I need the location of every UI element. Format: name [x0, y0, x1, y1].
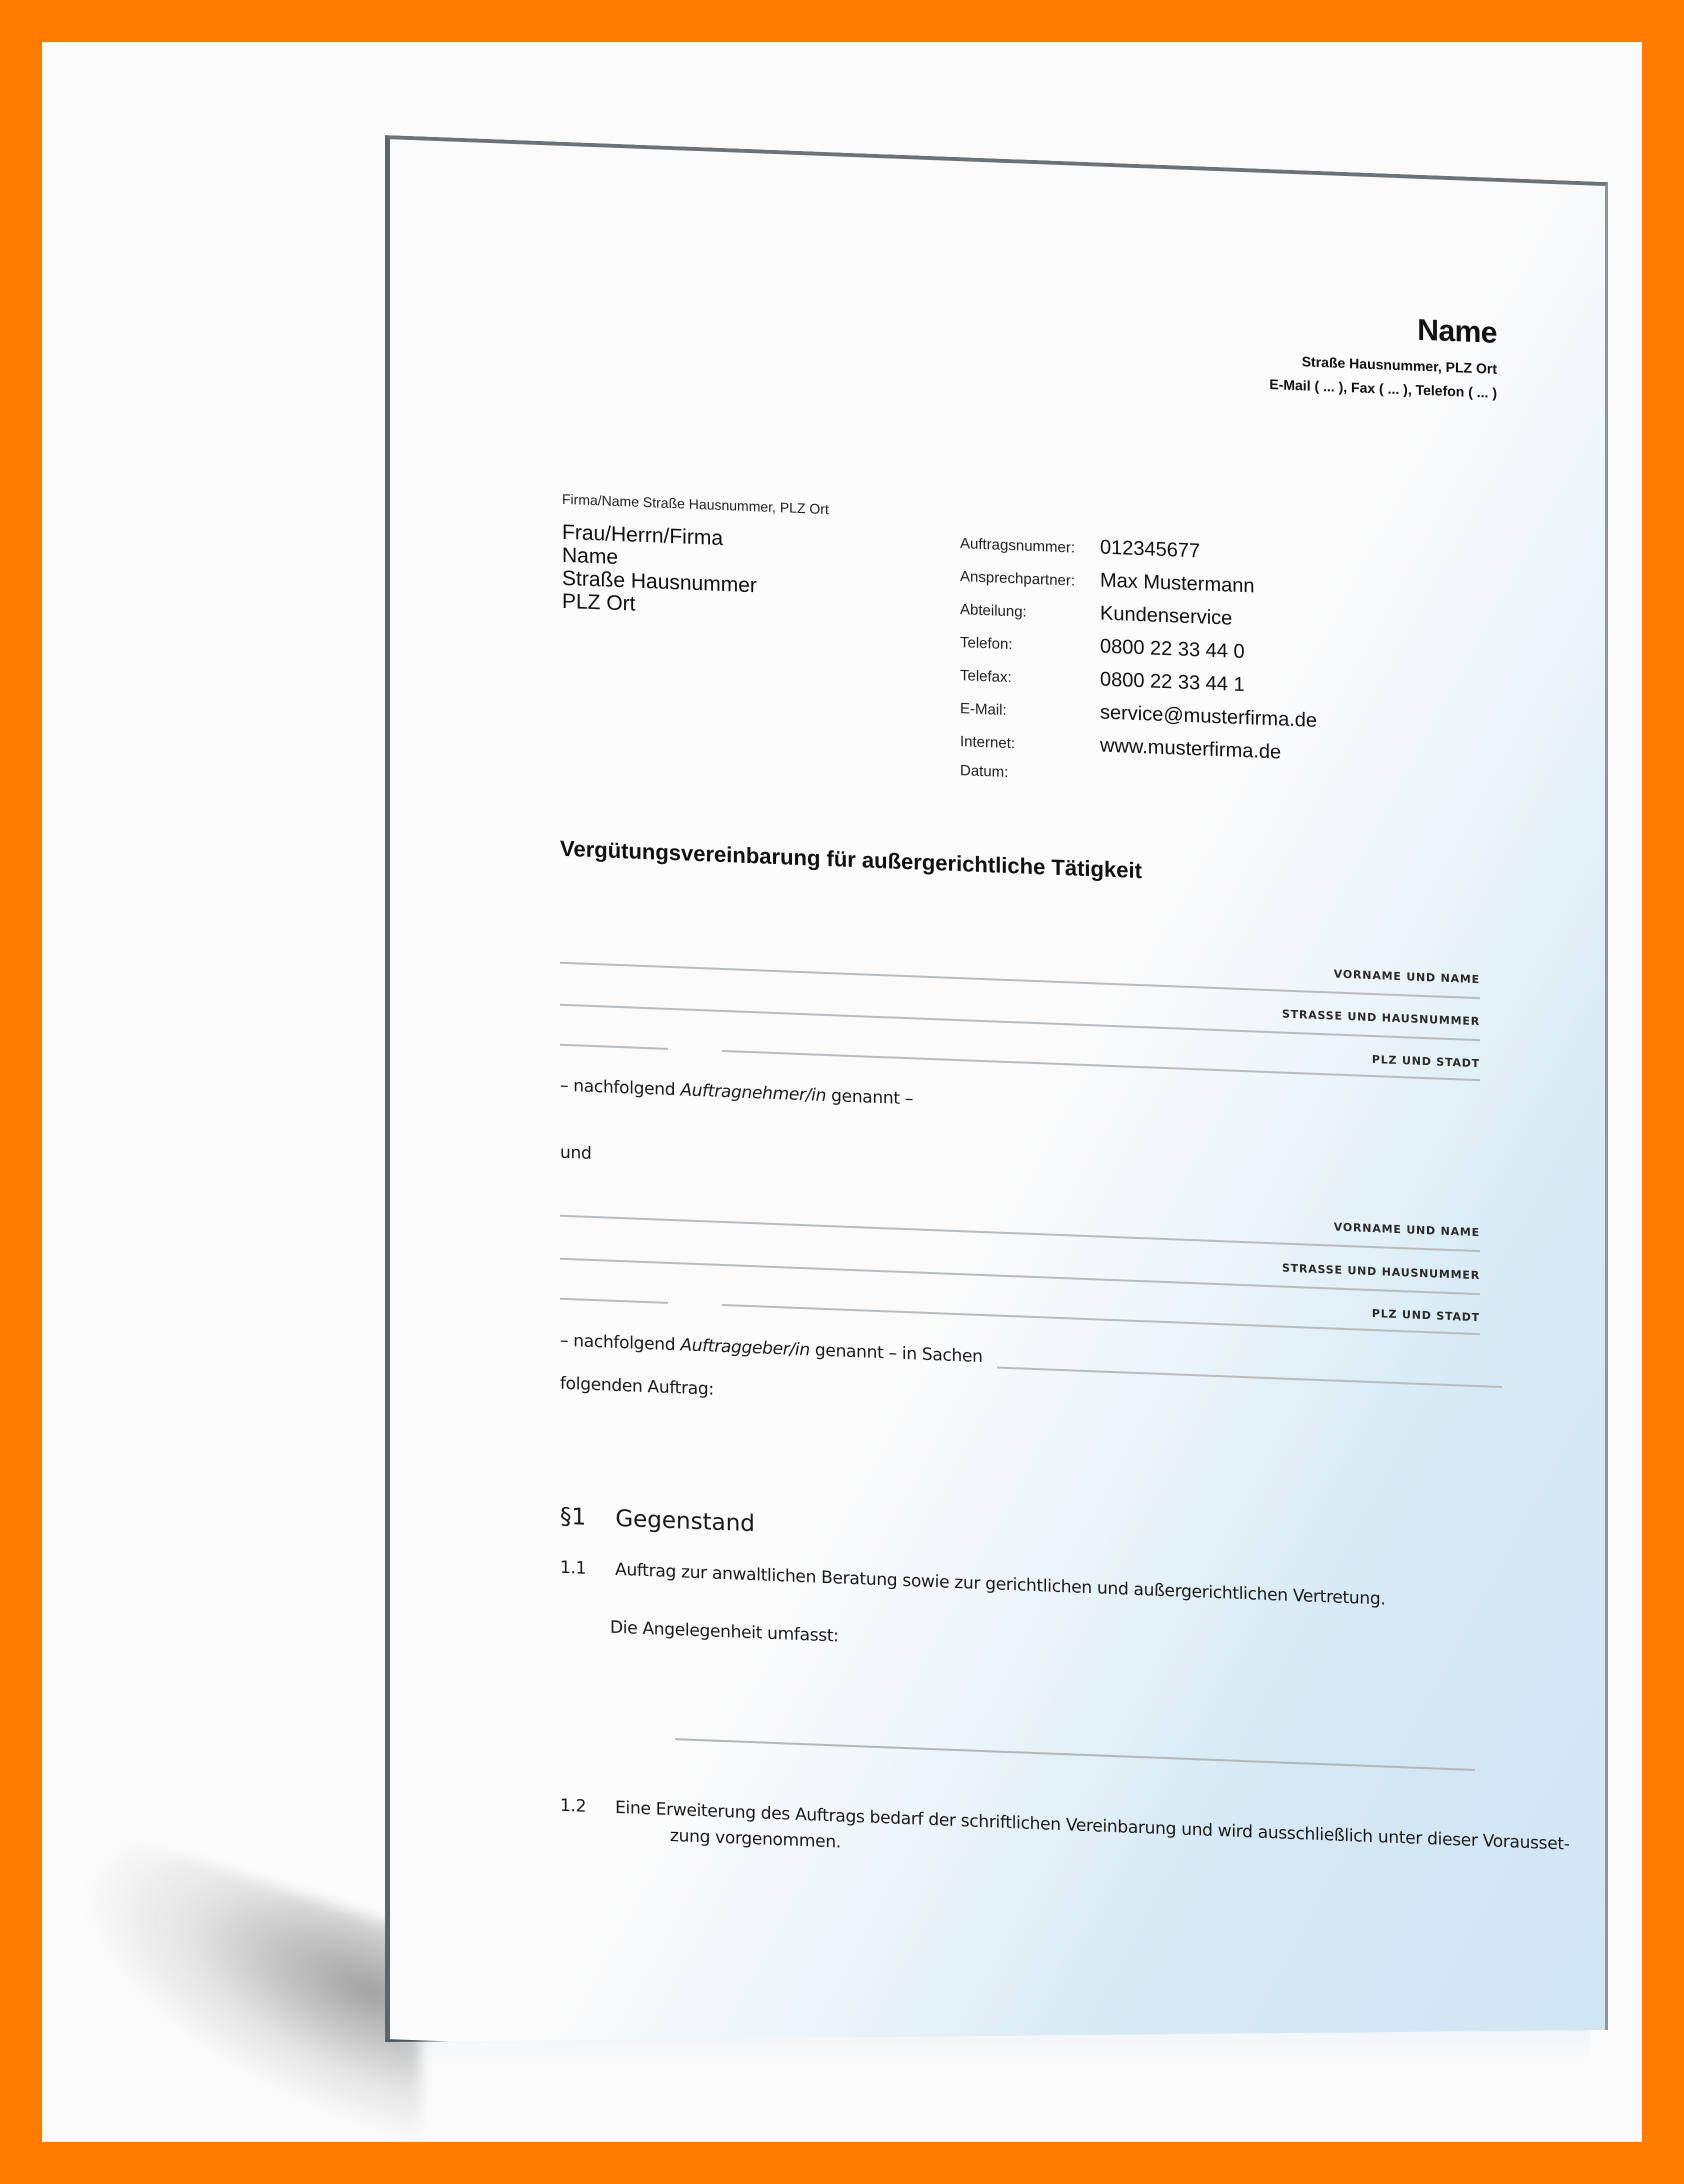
info-label: Ansprechpartner: [960, 568, 1100, 590]
info-label: Telefon: [960, 634, 1100, 656]
info-label: Telefax: [960, 667, 1100, 689]
field-label: VORNAME UND NAME [1334, 1221, 1480, 1240]
recipient-block: Frau/Herrn/Firma Name Straße Hausnummer … [562, 521, 757, 621]
zip-line[interactable] [560, 1044, 668, 1050]
field-label: STRASSE UND HAUSNUMMER [1282, 1008, 1480, 1029]
section-title: Gegenstand [615, 1506, 755, 1537]
sender-name: Name [1269, 308, 1497, 351]
document-title: Vergütungsvereinbarung für außergerichtl… [560, 836, 1142, 884]
clause-1-2: 1.2 Eine Erweiterung des Auftrags bedarf… [560, 1796, 1570, 1881]
info-label: Internet: [960, 733, 1100, 755]
info-value: 0800 22 33 44 0 [1100, 636, 1245, 665]
clause-1-1: 1.1 Auftrag zur anwaltlichen Beratung so… [560, 1558, 1385, 1610]
party1-role: – nachfolgend Auftragnehmer/in genannt – [560, 1076, 913, 1110]
clause-text: Auftrag zur anwaltlichen Beratung sowie … [615, 1560, 1385, 1610]
city-line[interactable] [722, 1304, 1480, 1335]
field-label: STRASSE UND HAUSNUMMER [1282, 1262, 1480, 1283]
city-line[interactable] [722, 1050, 1480, 1081]
zip-line[interactable] [560, 1298, 668, 1304]
clause-number: 1.1 [560, 1558, 610, 1580]
document-page: Name Straße Hausnummer, PLZ Ort E-Mail (… [385, 135, 1608, 2089]
section-heading: §1 Gegenstand [560, 1504, 755, 1538]
section-number: §1 [560, 1504, 608, 1532]
clause-number: 1.2 [560, 1796, 610, 1818]
field-label: PLZ UND STADT [1372, 1307, 1480, 1324]
return-address: Firma/Name Straße Hausnummer, PLZ Ort [562, 491, 829, 517]
conjunction: und [560, 1143, 591, 1164]
info-value: 012345677 [1100, 537, 1200, 564]
sender-contact: E-Mail ( ... ), Fax ( ... ), Telefon ( .… [1269, 376, 1497, 401]
info-label: E-Mail: [960, 700, 1100, 722]
scope-field[interactable] [675, 1738, 1475, 1771]
info-value: Kundenservice [1100, 603, 1232, 631]
info-value: Max Mustermann [1100, 570, 1255, 599]
field-label: VORNAME UND NAME [1334, 968, 1480, 987]
sender-block: Name Straße Hausnummer, PLZ Ort E-Mail (… [1269, 308, 1497, 401]
info-label: Abteilung: [960, 601, 1100, 623]
info-label: Auftragsnummer: [960, 535, 1100, 557]
info-block: Auftragsnummer: 012345677 Ansprechpartne… [960, 531, 1317, 809]
following-text: folgenden Auftrag: [560, 1374, 714, 1400]
clause-1-1-sub: Die Angelegenheit umfasst: [610, 1618, 839, 1647]
sender-address: Straße Hausnummer, PLZ Ort [1269, 352, 1497, 377]
info-value: 0800 22 33 44 1 [1100, 669, 1245, 698]
matter-field[interactable] [997, 1367, 1502, 1388]
field-label: PLZ UND STADT [1372, 1053, 1480, 1070]
